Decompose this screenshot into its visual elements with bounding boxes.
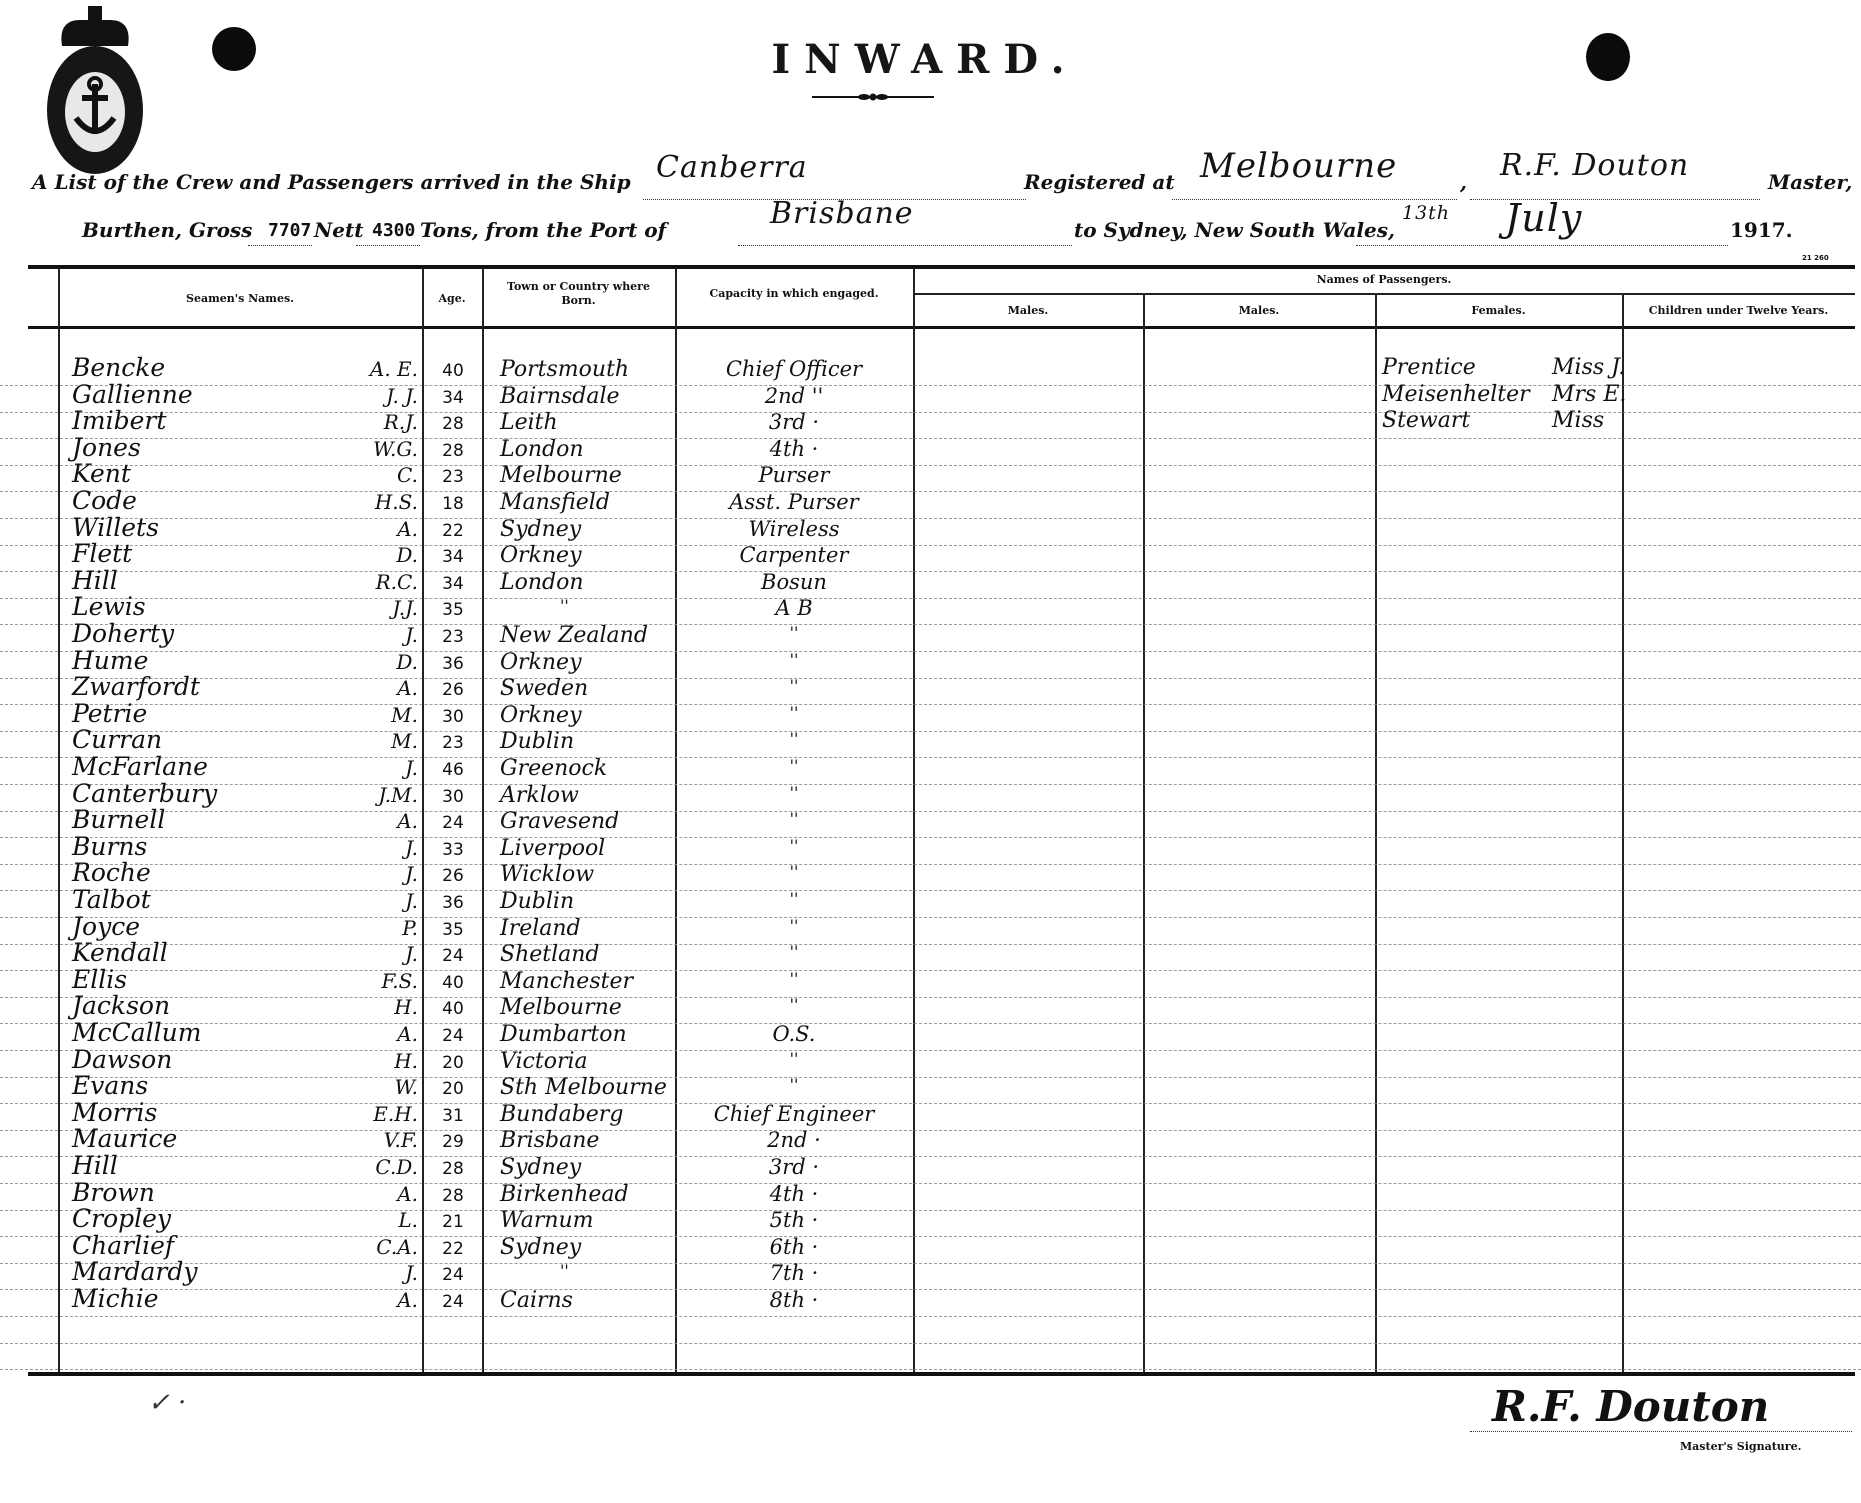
crew-capacity: '' [675, 1075, 913, 1094]
crew-capacity: 2nd '' [675, 384, 913, 408]
crew-surname: Evans [72, 1071, 148, 1100]
passenger-title: Miss [1552, 408, 1604, 433]
crew-birthplace: Leith [500, 410, 558, 435]
crew-capacity: '' [675, 729, 913, 748]
crew-birthplace: Brisbane [500, 1128, 599, 1153]
crew-age: 33 [424, 840, 482, 860]
crew-surname: Curran [72, 725, 162, 754]
crew-surname: Hill [72, 566, 118, 595]
crew-surname: Burns [72, 832, 147, 861]
master-signature: R.F. Douton [1492, 1382, 1769, 1431]
crew-birthplace: Arklow [500, 783, 579, 808]
crew-age: 40 [424, 999, 482, 1019]
crew-surname: Jackson [72, 991, 170, 1020]
header-age: Age. [422, 292, 482, 306]
crew-birthplace: New Zealand [500, 623, 648, 648]
crew-birthplace: London [500, 570, 584, 595]
crew-surname: Imibert [72, 406, 166, 435]
crew-birthplace: Bundaberg [500, 1102, 623, 1127]
crew-capacity: '' [675, 650, 913, 669]
page-title: INWARD. [745, 36, 1105, 83]
crew-initials: A. [330, 1182, 418, 1206]
crew-surname: Kent [72, 459, 131, 488]
row-rule [0, 811, 1861, 812]
row-rule [0, 917, 1861, 918]
row-rule [0, 545, 1861, 546]
row-rule [0, 1156, 1861, 1157]
signature-label: Master's Signature. [1680, 1440, 1801, 1453]
crew-capacity: 7th · [675, 1261, 913, 1285]
crew-age: 22 [424, 1239, 482, 1259]
crew-age: 30 [424, 787, 482, 807]
header-females: Females. [1375, 304, 1622, 318]
crew-birthplace: Liverpool [500, 836, 605, 861]
crew-initials: W. [330, 1075, 418, 1099]
crew-birthplace: Bairnsdale [500, 384, 620, 409]
row-rule [0, 970, 1861, 971]
row-rule [0, 864, 1861, 865]
crew-initials: M. [330, 729, 418, 753]
header-capacity: Capacity in which engaged. [675, 287, 913, 301]
passenger-group-rule [913, 293, 1855, 295]
crew-birthplace: Mansfield [500, 490, 610, 515]
crew-capacity: Bosun [675, 570, 913, 594]
crew-surname: Ellis [72, 965, 127, 994]
row-rule [0, 890, 1861, 891]
col-line-capacity-end [913, 269, 915, 1372]
crew-initials: J. [330, 623, 418, 647]
crew-age: 36 [424, 654, 482, 674]
crew-capacity: Wireless [675, 517, 913, 541]
crew-capacity: A B [675, 596, 913, 620]
crew-age: 35 [424, 600, 482, 620]
row-rule [0, 1316, 1861, 1317]
row-rule [0, 757, 1861, 758]
crew-birthplace: Greenock [500, 756, 607, 781]
crew-birthplace: Shetland [500, 942, 600, 967]
crew-age: 26 [424, 680, 482, 700]
crew-capacity: Chief Officer [675, 357, 913, 381]
crew-surname: Petrie [72, 699, 147, 728]
crew-initials: J.J. [330, 596, 418, 620]
table-top-rule [28, 265, 1855, 269]
master-label: Master, [1768, 170, 1852, 194]
header-males-2: Males. [1143, 304, 1375, 318]
crew-surname: Talbot [72, 885, 151, 914]
crew-birthplace: Manchester [500, 969, 633, 994]
crew-age: 24 [424, 1292, 482, 1312]
crew-initials: J.M. [330, 783, 418, 807]
crew-initials: J. [330, 889, 418, 913]
ship-name: Canberra [656, 150, 808, 185]
header-town-born: Town or Country where Born. [492, 280, 665, 308]
crew-initials: L. [330, 1208, 418, 1232]
crew-surname: Canterbury [72, 779, 217, 808]
crew-birthplace: '' [560, 596, 569, 615]
crew-surname: Jones [72, 433, 141, 462]
form-code: 21 260 [1802, 254, 1829, 262]
crew-initials: H. [330, 1049, 418, 1073]
crew-surname: McFarlane [72, 752, 208, 781]
crew-surname: Mardardy [72, 1257, 197, 1286]
crew-initials: H. [330, 995, 418, 1019]
crew-capacity: Asst. Purser [675, 490, 913, 514]
row-rule [0, 1183, 1861, 1184]
crew-capacity: '' [675, 836, 913, 855]
crew-capacity: 4th · [675, 437, 913, 461]
crew-initials: M. [330, 703, 418, 727]
crew-birthplace: Warnum [500, 1208, 594, 1233]
crew-initials: F.S. [330, 969, 418, 993]
crew-initials: P. [330, 916, 418, 940]
row-rule [0, 1236, 1861, 1237]
row-rule [0, 731, 1861, 732]
crew-capacity: 8th · [675, 1288, 913, 1312]
crew-age: 28 [424, 414, 482, 434]
crew-age: 28 [424, 1186, 482, 1206]
passenger-surname: Prentice [1382, 355, 1476, 380]
crew-birthplace: '' [560, 1261, 569, 1280]
crew-birthplace: Orkney [500, 650, 582, 675]
crew-initials: C.A. [330, 1235, 418, 1259]
crew-age: 24 [424, 813, 482, 833]
crew-initials: J. [330, 836, 418, 860]
crew-birthplace: Dublin [500, 889, 574, 914]
row-rule [0, 1369, 1861, 1370]
crew-initials: J. [330, 942, 418, 966]
col-line-age-end [482, 269, 484, 1372]
crew-age: 40 [424, 361, 482, 381]
row-rule [0, 624, 1861, 625]
crew-age: 24 [424, 946, 482, 966]
crew-birthplace: Sydney [500, 1155, 581, 1180]
crew-age: 22 [424, 521, 482, 541]
crew-birthplace: Birkenhead [500, 1182, 629, 1207]
crew-capacity: O.S. [675, 1022, 913, 1046]
passenger-title: Mrs E. [1552, 382, 1626, 407]
crew-surname: Kendall [72, 938, 168, 967]
crew-capacity: '' [675, 703, 913, 722]
row-rule [0, 704, 1861, 705]
row-rule [0, 1050, 1861, 1051]
registered-label: Registered at [1024, 170, 1175, 194]
header-bottom-rule [28, 326, 1855, 329]
row-rule [0, 1289, 1861, 1290]
crew-birthplace: Gravesend [500, 809, 619, 834]
row-rule [0, 1023, 1861, 1024]
crew-age: 24 [424, 1265, 482, 1285]
passenger-surname: Stewart [1382, 408, 1470, 433]
crew-birthplace: Orkney [500, 543, 582, 568]
crew-capacity: '' [675, 969, 913, 988]
crew-capacity: Chief Engineer [675, 1102, 913, 1126]
row-rule [0, 997, 1861, 998]
crew-capacity: '' [675, 889, 913, 908]
row-rule [0, 1263, 1861, 1264]
crew-age: 30 [424, 707, 482, 727]
row-rule [0, 944, 1861, 945]
crew-initials: A. [330, 1022, 418, 1046]
crew-birthplace: Cairns [500, 1288, 573, 1313]
table-bottom-rule [28, 1372, 1855, 1376]
passenger-surname: Meisenhelter [1382, 382, 1530, 407]
crew-initials: R.C. [330, 570, 418, 594]
crew-age: 36 [424, 893, 482, 913]
crew-capacity: 3rd · [675, 1155, 913, 1179]
crew-age: 24 [424, 1026, 482, 1046]
from-port: Brisbane [770, 196, 914, 231]
crew-age: 29 [424, 1132, 482, 1152]
crew-age: 40 [424, 973, 482, 993]
crew-birthplace: Ireland [500, 916, 581, 941]
crew-surname: Joyce [72, 912, 140, 941]
crew-capacity: 5th · [675, 1208, 913, 1232]
crew-birthplace: Wicklow [500, 862, 594, 887]
col-line-left [58, 269, 60, 1372]
crew-capacity: Carpenter [675, 543, 913, 567]
crew-surname: Maurice [72, 1124, 177, 1153]
crew-capacity: '' [675, 916, 913, 935]
crew-surname: Hume [72, 646, 148, 675]
crew-surname: Zwarfordt [72, 672, 200, 701]
crew-initials: J. J. [330, 384, 418, 408]
crew-birthplace: Victoria [500, 1049, 588, 1074]
crew-surname: McCallum [72, 1018, 201, 1047]
crew-capacity: Purser [675, 463, 913, 487]
crew-initials: A. [330, 1288, 418, 1312]
nett-tons: 4300 [372, 220, 415, 241]
crew-surname: Flett [72, 539, 132, 568]
date-month: July [1505, 196, 1582, 240]
crew-initials: A. [330, 676, 418, 700]
crown-anchor-emblem-icon [40, 6, 150, 174]
crew-age: 35 [424, 920, 482, 940]
crew-surname: Gallienne [72, 380, 193, 409]
crew-capacity: '' [675, 862, 913, 881]
crew-birthplace: Sydney [500, 1235, 581, 1260]
crew-initials: H.S. [330, 490, 418, 514]
row-rule [0, 837, 1861, 838]
crew-capacity: '' [675, 783, 913, 802]
crew-surname: Morris [72, 1098, 157, 1127]
punch-hole-left [212, 27, 256, 71]
crew-surname: Charlief [72, 1231, 174, 1260]
crew-surname: Roche [72, 858, 151, 887]
crew-initials: V.F. [330, 1128, 418, 1152]
row-rule [0, 518, 1861, 519]
crew-initials: J. [330, 756, 418, 780]
crew-birthplace: London [500, 437, 584, 462]
crew-initials: E.H. [330, 1102, 418, 1126]
crew-birthplace: Dublin [500, 729, 574, 754]
crew-age: 21 [424, 1212, 482, 1232]
destination-label: to Sydney, New South Wales, [1074, 218, 1395, 242]
crew-birthplace: Dumbarton [500, 1022, 627, 1047]
crew-birthplace: Sth Melbourne [500, 1075, 667, 1100]
year: 1917. [1730, 218, 1793, 242]
crew-age: 28 [424, 441, 482, 461]
crew-initials: R.J. [330, 410, 418, 434]
crew-birthplace: Melbourne [500, 995, 622, 1020]
crew-surname: Code [72, 486, 137, 515]
row-rule [0, 651, 1861, 652]
crew-capacity: 4th · [675, 1182, 913, 1206]
crew-initials: J. [330, 1261, 418, 1285]
comma: , [1460, 170, 1467, 194]
crew-initials: C.D. [330, 1155, 418, 1179]
row-rule [0, 491, 1861, 492]
crew-capacity: '' [675, 1049, 913, 1068]
crew-age: 34 [424, 547, 482, 567]
header-males-1: Males. [913, 304, 1143, 318]
crew-age: 20 [424, 1053, 482, 1073]
registered-port: Melbourne [1200, 146, 1397, 186]
crew-birthplace: Portsmouth [500, 357, 629, 382]
crew-surname: Lewis [72, 592, 146, 621]
crew-age: 23 [424, 733, 482, 753]
row-rule [0, 678, 1861, 679]
crew-surname: Brown [72, 1178, 155, 1207]
signature-line [1470, 1431, 1852, 1432]
header-passengers-group: Names of Passengers. [913, 273, 1855, 287]
crew-surname: Hill [72, 1151, 118, 1180]
crew-birthplace: Sydney [500, 517, 581, 542]
crew-initials: D. [330, 650, 418, 674]
crew-initials: J. [330, 862, 418, 886]
gross-tons: 7707 [268, 220, 311, 241]
crew-initials: W.G. [330, 437, 418, 461]
tons-from-port-label: Tons, from the Port of [420, 218, 666, 242]
crew-age: 46 [424, 760, 482, 780]
crew-initials: A. [330, 517, 418, 541]
crew-capacity: '' [675, 676, 913, 695]
crew-capacity: 6th · [675, 1235, 913, 1259]
crew-surname: Willets [72, 513, 159, 542]
crew-age: 18 [424, 494, 482, 514]
crew-capacity: '' [675, 942, 913, 961]
crew-age: 34 [424, 574, 482, 594]
crew-age: 23 [424, 467, 482, 487]
header-children: Children under Twelve Years. [1622, 304, 1855, 318]
master-name: R.F. Douton [1500, 148, 1689, 183]
heading-line1-prefix: A List of the Crew and Passengers arrive… [32, 170, 631, 194]
row-rule [0, 571, 1861, 572]
crew-initials: D. [330, 543, 418, 567]
crew-capacity: '' [675, 623, 913, 642]
crew-capacity: '' [675, 756, 913, 775]
punch-hole-right [1586, 33, 1630, 81]
tick-mark: ✓ · [148, 1388, 186, 1418]
crew-surname: Doherty [72, 619, 174, 648]
crew-age: 34 [424, 388, 482, 408]
row-rule [0, 1077, 1861, 1078]
crew-surname: Bencke [72, 353, 165, 382]
crew-age: 31 [424, 1106, 482, 1126]
crew-birthplace: Orkney [500, 703, 582, 728]
crew-capacity: 3rd · [675, 410, 913, 434]
burthen-label: Burthen, Gross [82, 218, 252, 242]
row-rule [0, 1103, 1861, 1104]
title-ornament [812, 92, 934, 102]
row-rule [0, 784, 1861, 785]
row-rule [0, 1210, 1861, 1211]
passenger-title: Miss J. [1552, 355, 1625, 380]
crew-capacity: '' [675, 809, 913, 828]
crew-capacity: '' [675, 995, 913, 1014]
crew-surname: Michie [72, 1284, 159, 1313]
crew-surname: Burnell [72, 805, 165, 834]
crew-age: 23 [424, 627, 482, 647]
crew-initials: A. E. [330, 357, 418, 381]
crew-birthplace: Melbourne [500, 463, 622, 488]
crew-birthplace: Sweden [500, 676, 588, 701]
crew-initials: C. [330, 463, 418, 487]
crew-age: 28 [424, 1159, 482, 1179]
date-day: 13th [1402, 202, 1450, 224]
crew-age: 26 [424, 866, 482, 886]
crew-age: 20 [424, 1079, 482, 1099]
row-rule [0, 465, 1861, 466]
crew-surname: Cropley [72, 1204, 171, 1233]
header-seamens-names: Seamen's Names. [58, 292, 422, 306]
crew-surname: Dawson [72, 1045, 172, 1074]
crew-initials: A. [330, 809, 418, 833]
row-rule [0, 438, 1861, 439]
row-rule [0, 1130, 1861, 1131]
crew-capacity: 2nd · [675, 1128, 913, 1152]
row-rule [0, 1343, 1861, 1344]
row-rule [0, 598, 1861, 599]
